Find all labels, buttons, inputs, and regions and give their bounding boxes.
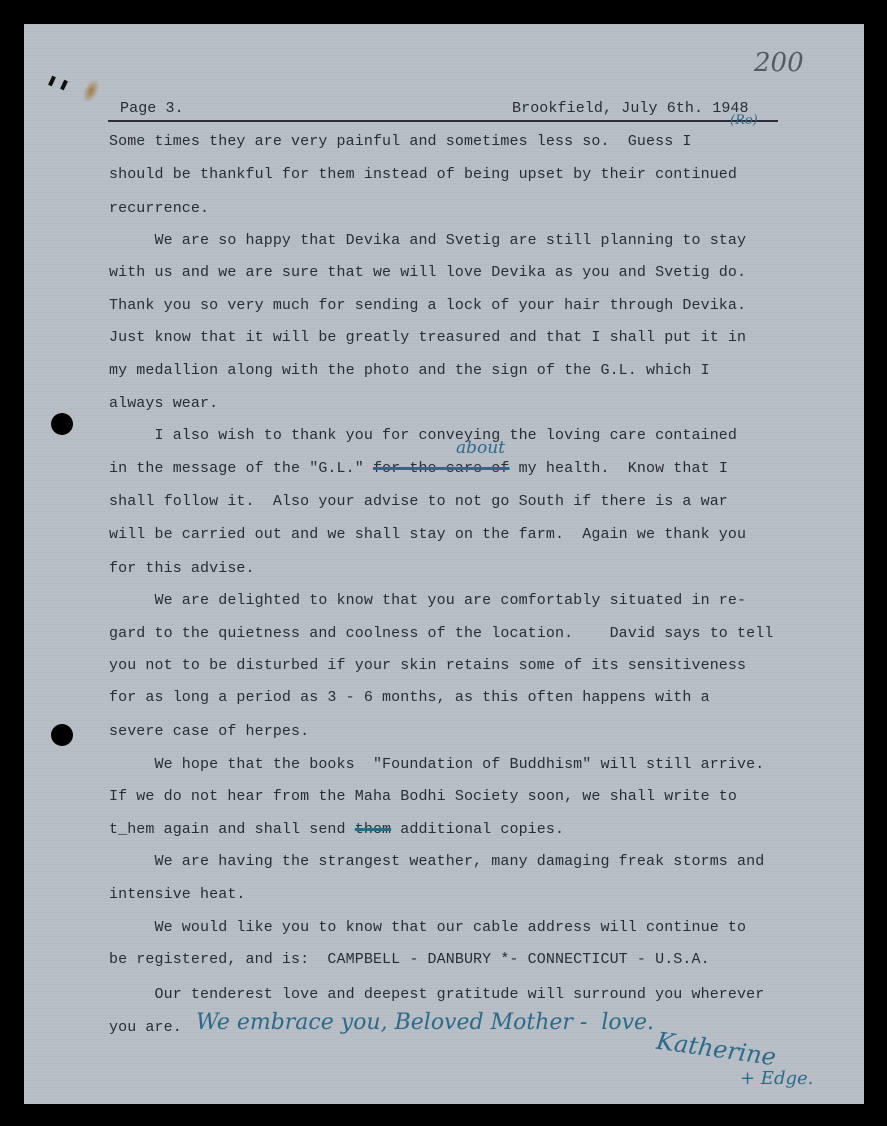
text-line: We are having the strangest weather, man… (109, 853, 764, 870)
page-label: Page 3. (120, 100, 184, 117)
text-line: you are. (109, 1019, 182, 1036)
text-line: Just know that it will be greatly treasu… (109, 329, 746, 346)
text-line: t_hem again and shall send them addition… (109, 821, 564, 838)
initials-annotation: (Ro) (730, 113, 758, 128)
text-line: always wear. (109, 395, 218, 412)
text-line: should be thankful for them instead of b… (109, 166, 737, 183)
handwritten-closing: We embrace you, Beloved Mother - love. (196, 1010, 654, 1035)
text-span: my health. Know that I (509, 460, 727, 477)
text-line: severe case of herpes. (109, 723, 309, 740)
signature-second: + Edge. (740, 1068, 813, 1089)
text-line: If we do not hear from the Maha Bodhi So… (109, 788, 737, 805)
text-line: you not to be disturbed if your skin ret… (109, 657, 746, 674)
text-span: in the message of the "G.L." (109, 460, 364, 477)
text-line: Our tenderest love and deepest gratitude… (109, 986, 764, 1003)
staple-mark (48, 76, 56, 87)
struck-text: them (355, 821, 391, 838)
text-line: in the message of the "G.L." for the car… (109, 460, 728, 477)
handwritten-insert: about (456, 438, 505, 458)
staple-mark (60, 80, 68, 91)
text-line: for as long a period as 3 - 6 months, as… (109, 689, 710, 706)
text-line: gard to the quietness and coolness of th… (109, 625, 773, 642)
text-span: t_hem again and shall send (109, 821, 346, 838)
text-line: for this advise. (109, 560, 255, 577)
text-line: We are delighted to know that you are co… (109, 592, 746, 609)
text-line: I also wish to thank you for conveying t… (109, 427, 737, 444)
text-line: intensive heat. (109, 886, 246, 903)
text-line: Some times they are very painful and som… (109, 133, 692, 150)
punch-hole (51, 413, 73, 435)
header-rule (108, 120, 778, 122)
punch-hole (51, 724, 73, 746)
text-line: be registered, and is: CAMPBELL - DANBUR… (109, 951, 710, 968)
text-line: Thank you so very much for sending a loc… (109, 297, 746, 314)
struck-text: for the care of (373, 460, 510, 477)
text-span: additional copies. (391, 821, 564, 838)
text-line: recurrence. (109, 200, 209, 217)
text-line: with us and we are sure that we will lov… (109, 264, 746, 281)
text-line: will be carried out and we shall stay on… (109, 526, 746, 543)
text-line: shall follow it. Also your advise to not… (109, 493, 728, 510)
text-line: We hope that the books "Foundation of Bu… (109, 756, 764, 773)
page-number-annotation: 200 (754, 48, 804, 78)
place-date: Brookfield, July 6th. 1948 (512, 100, 749, 117)
text-line: We would like you to know that our cable… (109, 919, 746, 936)
text-line: my medallion along with the photo and th… (109, 362, 710, 379)
rust-stain (79, 76, 103, 105)
text-line: We are so happy that Devika and Svetig a… (109, 232, 746, 249)
